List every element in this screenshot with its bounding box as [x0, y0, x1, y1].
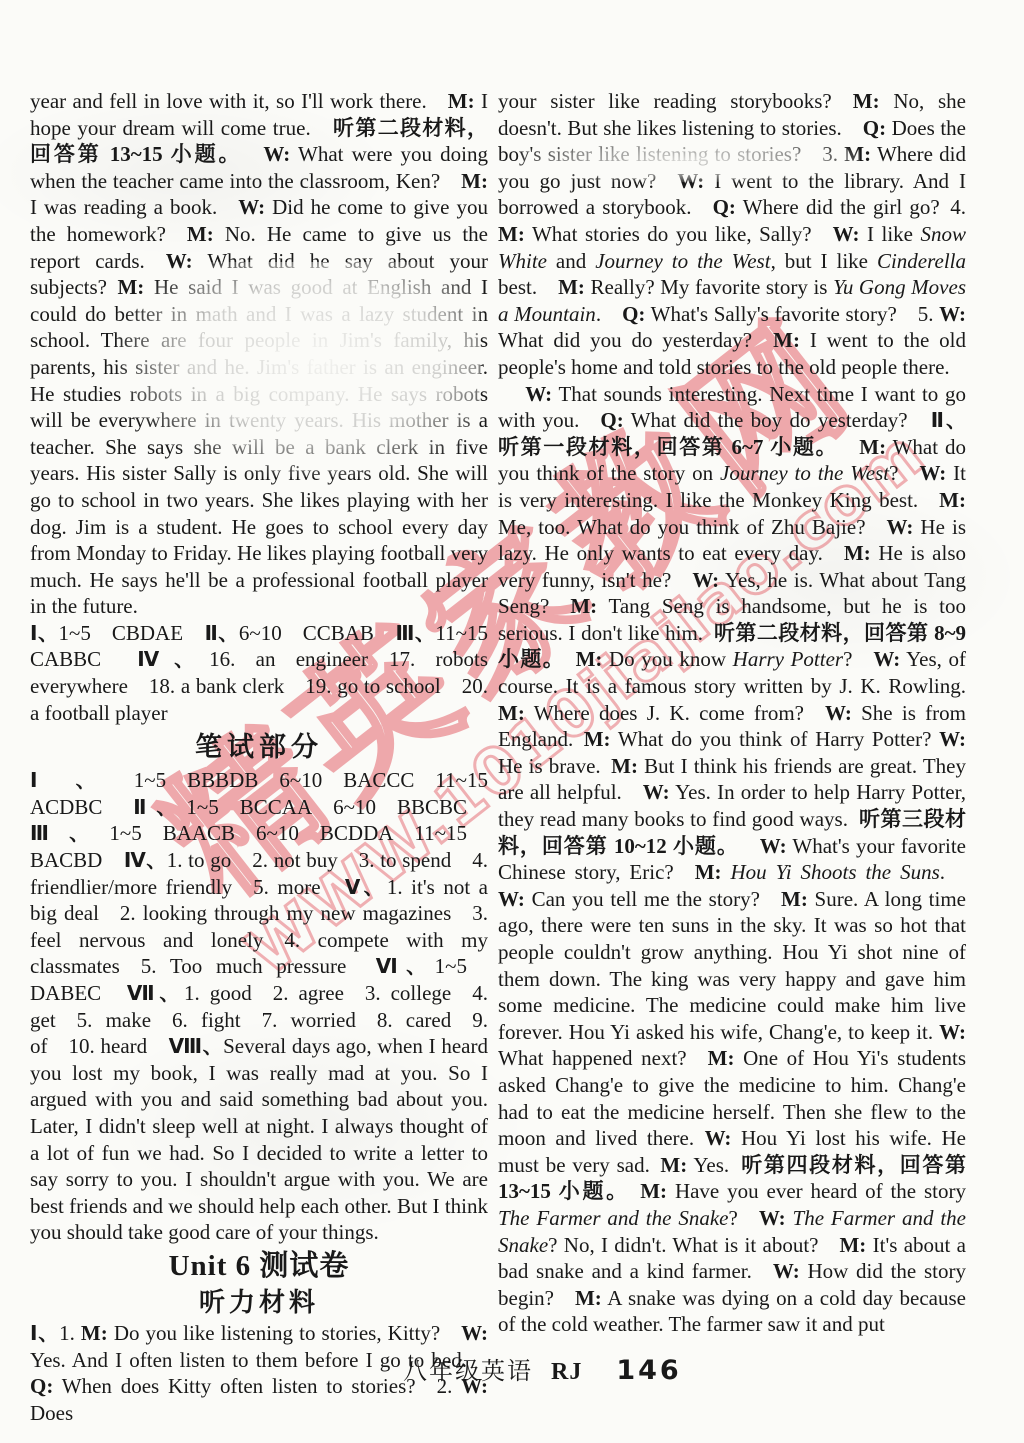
- left-column: year and fell in love with it, so I'll w…: [30, 88, 488, 1426]
- footer-edition-code: RJ: [551, 1359, 582, 1385]
- written-answer-key: Ⅰ、1~5 BBBDB 6~10 BACCC 11~15 ACDBC Ⅱ、1~5…: [30, 767, 488, 1246]
- unit6-listening-transcript-part1: your sister like reading storybooks? M: …: [498, 88, 966, 381]
- footer-book-title: 八年级英语: [403, 1359, 533, 1385]
- footer-page-number: 146: [616, 1355, 681, 1386]
- scanned-answer-page: 精英家教网 WWW.1010jiajiao.com year and fell …: [0, 0, 1024, 1443]
- unit6-test-heading: Unit 6 测试卷: [30, 1246, 488, 1286]
- right-column: your sister like reading storybooks? M: …: [498, 88, 966, 1338]
- unit6-listening-transcript-part2: W: That sounds interesting. Next time I …: [498, 381, 966, 1338]
- written-part-heading: 笔试部分: [30, 729, 488, 765]
- listening-answer-key: Ⅰ、1~5 CBDAE Ⅱ、6~10 CCBAB Ⅲ、11~15 CABBC Ⅳ…: [30, 620, 488, 726]
- listening-material-heading: 听力材料: [30, 1286, 488, 1320]
- listening-transcript-unit5-continued: year and fell in love with it, so I'll w…: [30, 88, 488, 620]
- page-footer: 八年级英语 RJ 146: [403, 1351, 682, 1386]
